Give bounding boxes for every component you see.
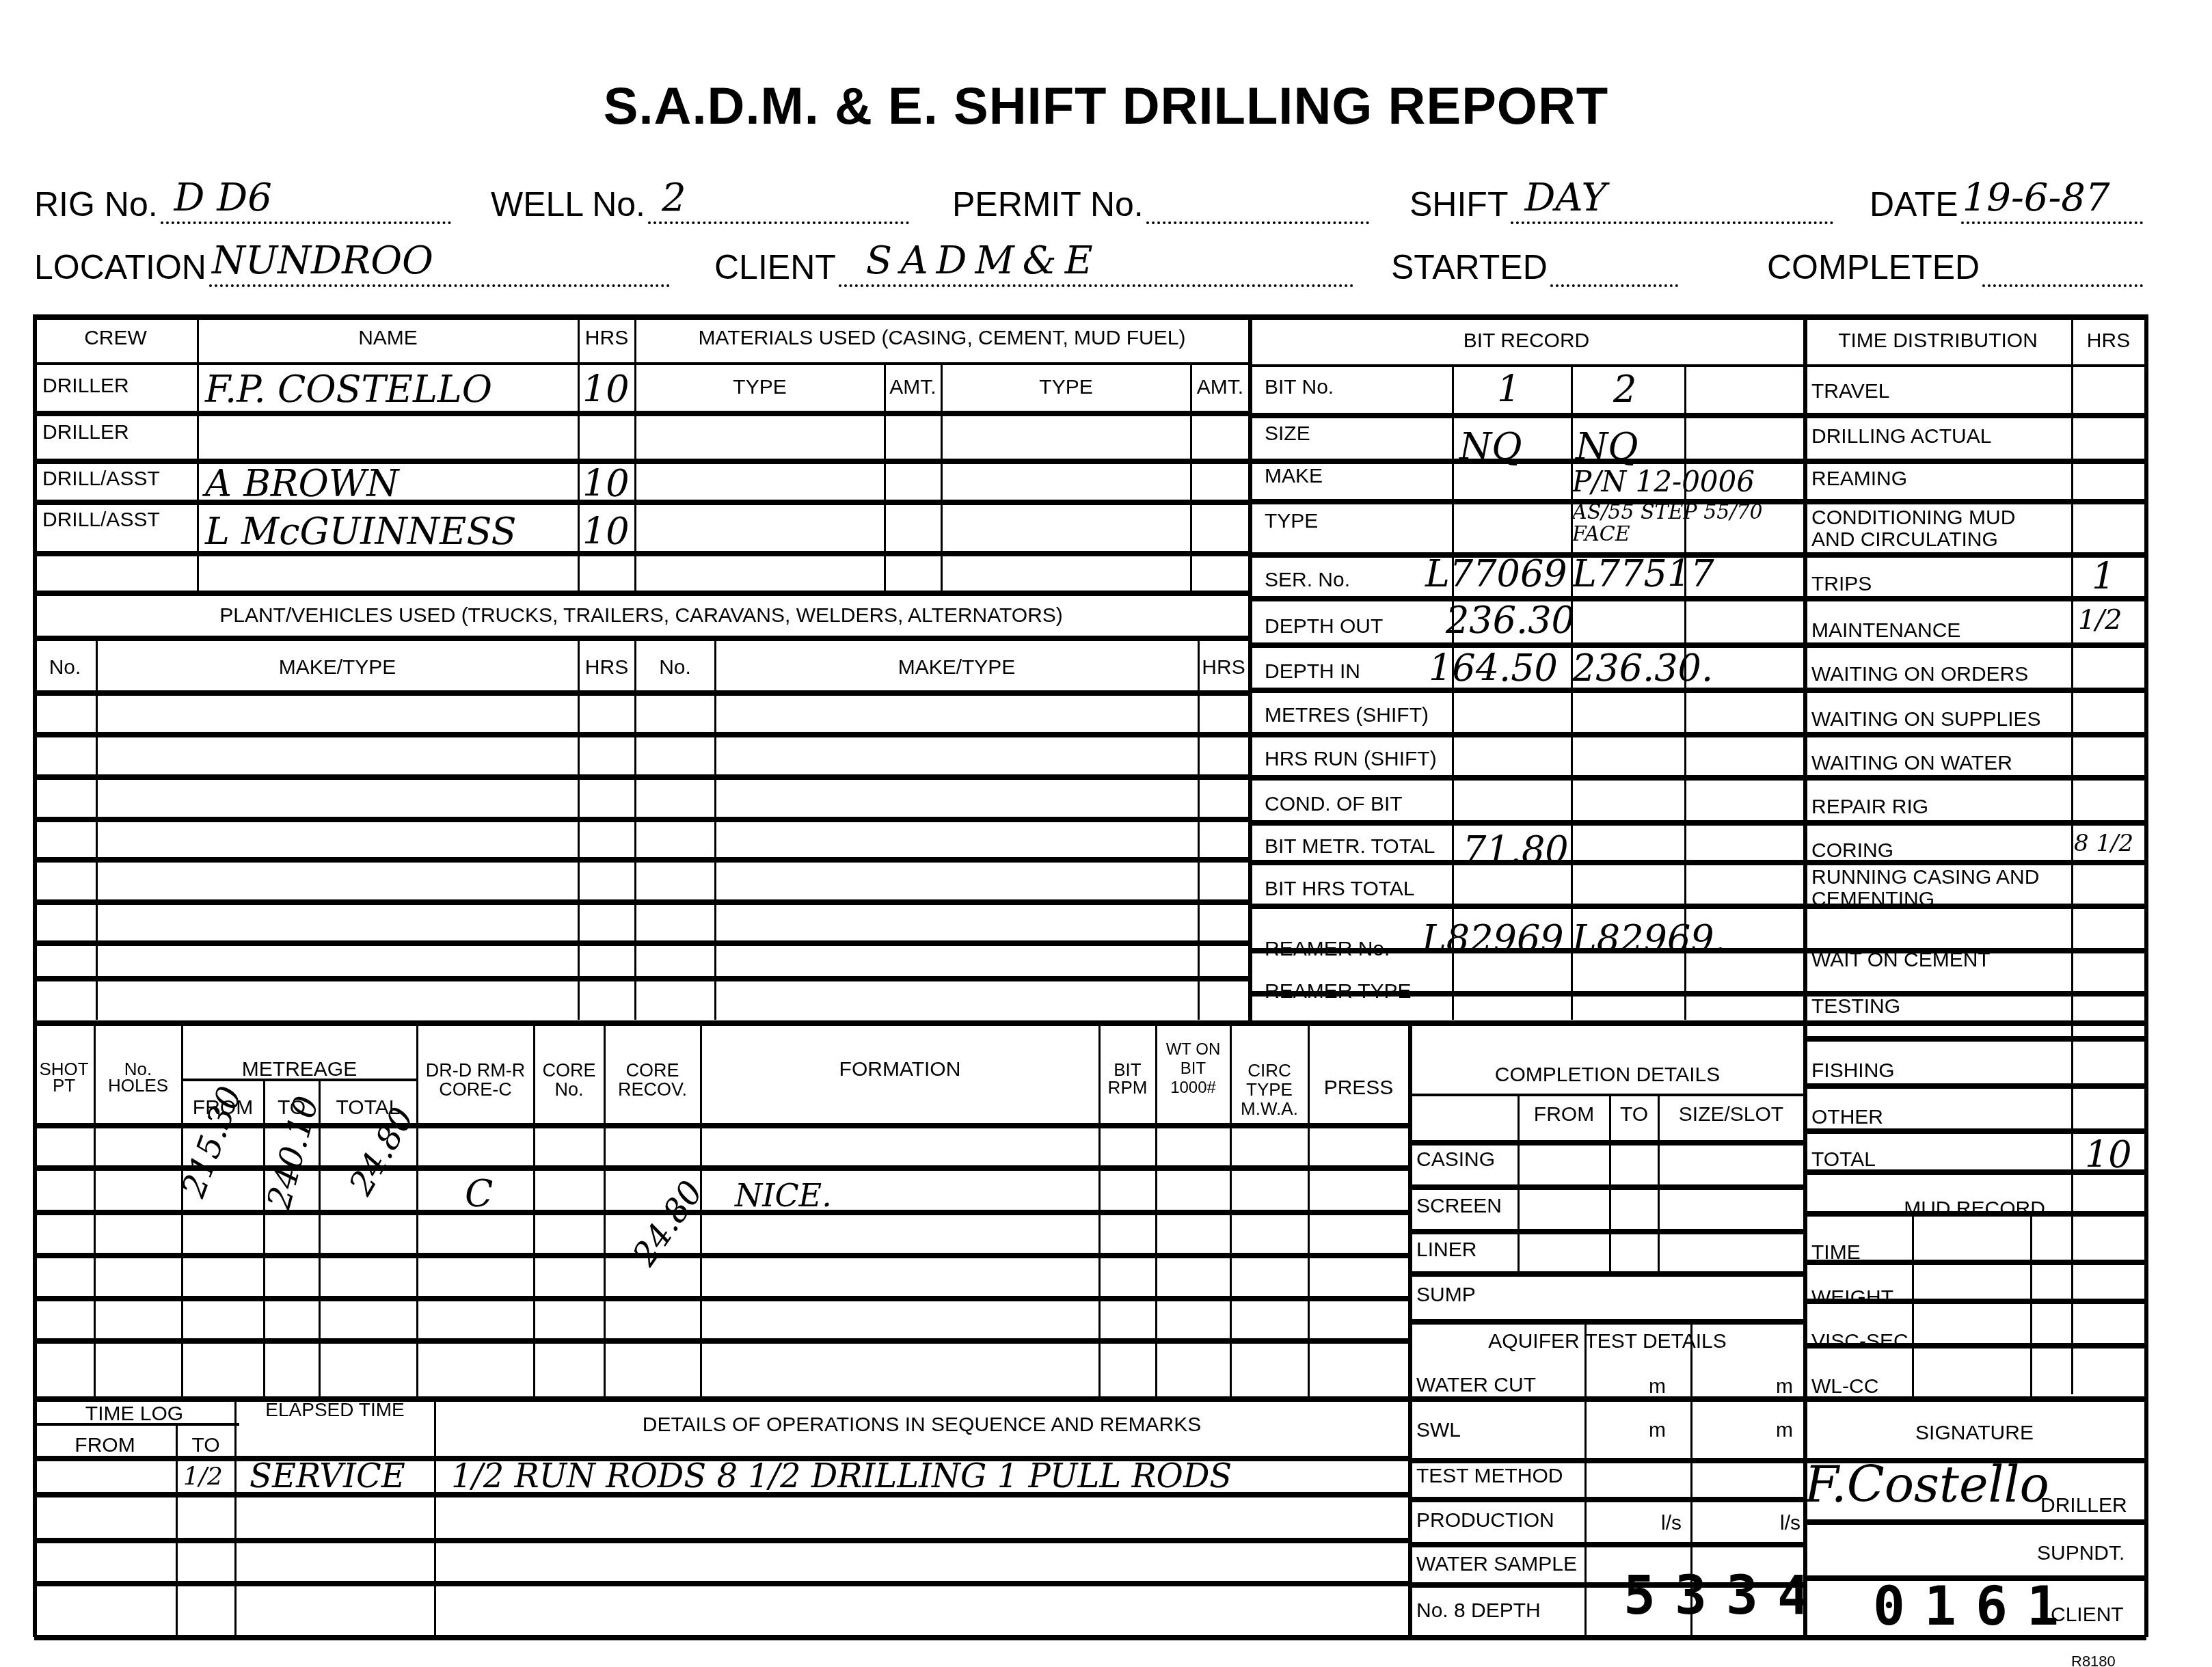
bit-cell[interactable]: L77517	[1572, 552, 1714, 595]
crew-header: CREW	[34, 327, 197, 350]
time-dist-label: WAIT ON CEMENT	[1811, 949, 1991, 972]
bit-row-label: BIT HRS TOTAL	[1265, 878, 1415, 901]
aquifer-stamp-number: 5334	[1623, 1565, 1829, 1627]
materials-amt-header-2: AMT.	[1191, 376, 1249, 399]
date-label: DATE	[1870, 185, 1958, 224]
started-field[interactable]: STARTED	[1391, 247, 1678, 287]
time-dist-label: FISHING	[1811, 1059, 1895, 1083]
time-dist-label: CORING	[1811, 839, 1893, 863]
no-holes-header: No. HOLES	[95, 1061, 181, 1094]
page-title: S.A.D.M. & E. SHIFT DRILLING REPORT	[0, 77, 2212, 136]
formation-header: FORMATION	[701, 1058, 1098, 1081]
crew-hrs-header: HRS	[579, 327, 634, 350]
crew-hrs[interactable]: 10	[582, 510, 630, 553]
plant-no-header-2: No.	[636, 656, 714, 679]
time-dist-label: REPAIR RIG	[1811, 796, 1928, 819]
time-dist-label: WAITING ON SUPPLIES	[1811, 708, 2041, 731]
aquifer-unit: m	[1776, 1419, 1793, 1442]
aquifer-label: PRODUCTION	[1416, 1509, 1554, 1532]
signature-title: SIGNATURE	[1805, 1422, 2144, 1445]
bit-cell[interactable]: AS/55 STEP 55/70 FACE	[1572, 502, 1791, 545]
client-stamp-number: 0161	[1873, 1576, 2078, 1638]
bit-cell[interactable]: 164.50	[1429, 647, 1558, 690]
operations-details-value[interactable]: 1/2 RUN RODS 8 1/2 DRILLING 1 PULL RODS	[451, 1457, 1232, 1495]
bit-cell[interactable]: NQ	[1459, 425, 1522, 468]
completion-to-header: TO	[1610, 1103, 1658, 1126]
driller-signature-label: DRILLER	[2040, 1494, 2127, 1517]
plant-hrs-header-2: HRS	[1199, 656, 1248, 679]
bit-row-label: DEPTH OUT	[1265, 615, 1383, 638]
completed-label: COMPLETED	[1767, 247, 1980, 287]
location-label: LOCATION	[34, 247, 206, 287]
elapsed-time-value[interactable]: SERVICE	[249, 1457, 405, 1495]
time-dist-hrs[interactable]: 10	[2085, 1133, 2132, 1176]
client-value: SADM&E	[866, 239, 1101, 283]
completion-row-label: CASING	[1416, 1148, 1495, 1171]
aquifer-title: AQUIFER TEST DETAILS	[1410, 1330, 1805, 1353]
name-header: NAME	[198, 327, 578, 350]
time-log-to-header: TO	[177, 1434, 234, 1457]
time-log-header: TIME LOG	[34, 1402, 234, 1426]
time-dist-label: MAINTENANCE	[1811, 619, 1960, 642]
operations-details-header: DETAILS OF OPERATIONS IN SEQUENCE AND RE…	[435, 1413, 1408, 1437]
date-field[interactable]: DATE 19-6-87	[1870, 185, 2143, 224]
time-distribution-title: TIME DISTRIBUTION	[1805, 329, 2071, 353]
date-value: 19-6-87	[1963, 176, 2110, 220]
time-dist-label: RUNNING CASING AND CEMENTING	[1811, 867, 2058, 910]
crew-role: DRILLER	[42, 375, 129, 398]
time-distribution-hrs-header: HRS	[2073, 329, 2144, 353]
completion-title: COMPLETION DETAILS	[1410, 1063, 1805, 1087]
bit-row-label: SIZE	[1265, 422, 1310, 446]
bit-row-label: COND. OF BIT	[1265, 793, 1403, 816]
shift-value: DAY	[1524, 176, 1606, 220]
materials-title: MATERIALS USED (CASING, CEMENT, MUD FUEL…	[636, 327, 1248, 350]
bit-cell[interactable]: 236.30	[1446, 599, 1575, 642]
mud-row-label: WEIGHT	[1811, 1286, 1893, 1310]
time-dist-label: TRAVEL	[1811, 380, 1889, 403]
aquifer-label: SWL	[1416, 1419, 1461, 1442]
shot-pt-header: SHOT PT	[34, 1061, 94, 1094]
client-field[interactable]: CLIENT SADM&E	[714, 247, 1353, 287]
mud-row-label: VISC-SEC	[1811, 1330, 1908, 1353]
well-no-value: 2	[662, 176, 686, 220]
bit-cell[interactable]: P/N 12-0006	[1572, 465, 1755, 498]
time-dist-label: OTHER	[1811, 1106, 1883, 1129]
plant-hrs-header-1: HRS	[579, 656, 634, 679]
crew-hrs[interactable]: 10	[582, 368, 630, 411]
metreage-header: METREAGE	[183, 1058, 416, 1081]
crew-role: DRILL/ASST	[42, 467, 160, 491]
rig-no-label: RIG No.	[34, 185, 158, 224]
bit-row-label: REAMER TYPE	[1265, 980, 1412, 1003]
time-dist-label: TESTING	[1811, 995, 1900, 1018]
mud-record-title: MUD RECORD	[1805, 1197, 2144, 1221]
shift-label: SHIFT	[1410, 185, 1508, 224]
aquifer-label: WATER SAMPLE	[1416, 1553, 1577, 1576]
crew-name[interactable]: A BROWN	[205, 462, 399, 505]
bit-cell[interactable]: NQ	[1576, 425, 1638, 468]
bit-row-label: HRS RUN (SHIFT)	[1265, 748, 1437, 771]
bit-row-label: MAKE	[1265, 465, 1323, 488]
elapsed-time-header: ELAPSED TIME	[236, 1401, 434, 1419]
completion-row-label: SCREEN	[1416, 1195, 1502, 1218]
press-header: PRESS	[1309, 1076, 1408, 1100]
aquifer-unit: m	[1649, 1419, 1666, 1442]
materials-type-header-1: TYPE	[636, 376, 884, 399]
plant-title: PLANT/VEHICLES USED (TRUCKS, TRAILERS, C…	[34, 604, 1248, 627]
time-dist-label: REAMING	[1811, 467, 1907, 491]
bit-row-label: TYPE	[1265, 510, 1318, 533]
time-dist-label: CONDITIONING MUD AND CIRCULATING	[1811, 507, 2058, 551]
formation-value[interactable]: NICE.	[735, 1177, 832, 1214]
bit-row-label: BIT No.	[1265, 376, 1334, 399]
drd-value[interactable]: C	[465, 1172, 493, 1215]
bit-row-label: DEPTH IN	[1265, 660, 1360, 683]
bit-cell[interactable]: L77069	[1425, 552, 1567, 595]
bit-rpm-header: BIT RPM	[1100, 1061, 1155, 1096]
bit-row-label: BIT METR. TOTAL	[1265, 835, 1435, 858]
bit-cell[interactable]: 2	[1613, 368, 1636, 411]
time-dist-label: WAITING ON WATER	[1811, 752, 2012, 775]
well-no-label: WELL No.	[491, 185, 645, 224]
client-label: CLIENT	[714, 247, 836, 287]
completion-from-header: FROM	[1519, 1103, 1609, 1126]
bit-cell[interactable]: L82969	[1422, 917, 1564, 960]
wt-on-bit-header: WT ON BIT 1000#	[1157, 1040, 1230, 1098]
location-value: NUNDROO	[212, 239, 433, 283]
bit-record-title: BIT RECORD	[1250, 329, 1803, 353]
rig-no-value: D D6	[174, 176, 272, 220]
bit-cell[interactable]: 236.30.	[1572, 647, 1713, 690]
completion-row-label: SUMP	[1416, 1284, 1476, 1307]
time-dist-hrs[interactable]: 1/2	[2078, 604, 2122, 636]
completion-row-label: LINER	[1416, 1238, 1476, 1262]
plant-no-header-1: No.	[34, 656, 96, 679]
bit-cell[interactable]: 1	[1497, 368, 1520, 411]
materials-type-header-2: TYPE	[942, 376, 1190, 399]
core-no-header: CORE No.	[535, 1061, 604, 1099]
crew-role: DRILLER	[42, 421, 129, 444]
drd-header: DR-D RM-R CORE-C	[418, 1061, 533, 1099]
rig-no-field[interactable]: RIG No. D D6	[34, 185, 451, 224]
started-label: STARTED	[1391, 247, 1548, 287]
crew-name[interactable]: F.P. COSTELLO	[205, 368, 492, 411]
bit-row-label: REAMER No.	[1265, 938, 1390, 961]
plant-make-header-2: MAKE/TYPE	[716, 656, 1198, 679]
plant-make-header-1: MAKE/TYPE	[97, 656, 578, 679]
supndt-signature-label: SUPNDT.	[2037, 1542, 2125, 1565]
time-dist-label: DRILLING ACTUAL	[1811, 425, 1991, 448]
aquifer-unit: l/s	[1661, 1512, 1682, 1535]
aquifer-label: TEST METHOD	[1416, 1465, 1563, 1488]
bit-cell[interactable]: 71.80	[1463, 828, 1569, 871]
time-dist-hrs[interactable]: 8 1/2	[2074, 830, 2133, 857]
mud-row-label: TIME	[1811, 1241, 1861, 1264]
aquifer-unit: m	[1776, 1375, 1793, 1398]
permit-no-field[interactable]: PERMIT No.	[952, 185, 1369, 224]
circ-type-header: CIRC TYPE M.W.A.	[1231, 1061, 1308, 1118]
completed-field[interactable]: COMPLETED	[1767, 247, 2143, 287]
core-recov-header: CORE RECOV.	[605, 1061, 700, 1099]
form-code: R8180	[2071, 1653, 2116, 1667]
crew-hrs[interactable]: 10	[582, 462, 630, 505]
bit-row-label: SER. No.	[1265, 569, 1350, 592]
materials-amt-header-1: AMT.	[885, 376, 941, 399]
time-dist-label: TOTAL	[1811, 1148, 1876, 1171]
aquifer-label: No. 8 DEPTH	[1416, 1599, 1541, 1623]
well-no-field[interactable]: WELL No. 2	[491, 185, 909, 224]
aquifer-unit: m	[1649, 1375, 1666, 1398]
time-log-from-header: FROM	[34, 1434, 176, 1457]
permit-no-label: PERMIT No.	[952, 185, 1144, 224]
bit-row-label: METRES (SHIFT)	[1265, 704, 1429, 727]
mud-row-label: WL-CC	[1811, 1375, 1878, 1398]
client-signature-label: CLIENT	[2051, 1603, 2124, 1627]
aquifer-label: WATER CUT	[1416, 1374, 1536, 1397]
time-log-to-value[interactable]: 1/2	[183, 1463, 223, 1491]
time-dist-label: TRIPS	[1811, 573, 1872, 596]
aquifer-unit: l/s	[1780, 1512, 1800, 1535]
crew-role: DRILL/ASST	[42, 509, 160, 532]
driller-signature[interactable]: F.Costello	[1805, 1456, 2049, 1513]
time-dist-label: WAITING ON ORDERS	[1811, 663, 2028, 686]
shift-field[interactable]: SHIFT DAY	[1410, 185, 1833, 224]
bit-cell[interactable]: L82969.	[1572, 917, 1726, 960]
location-field[interactable]: LOCATION NUNDROO	[34, 247, 670, 287]
crew-name[interactable]: L McGUINNESS	[205, 510, 517, 553]
time-dist-hrs[interactable]: 1	[2092, 555, 2115, 598]
completion-size-header: SIZE/SLOT	[1659, 1103, 1803, 1126]
